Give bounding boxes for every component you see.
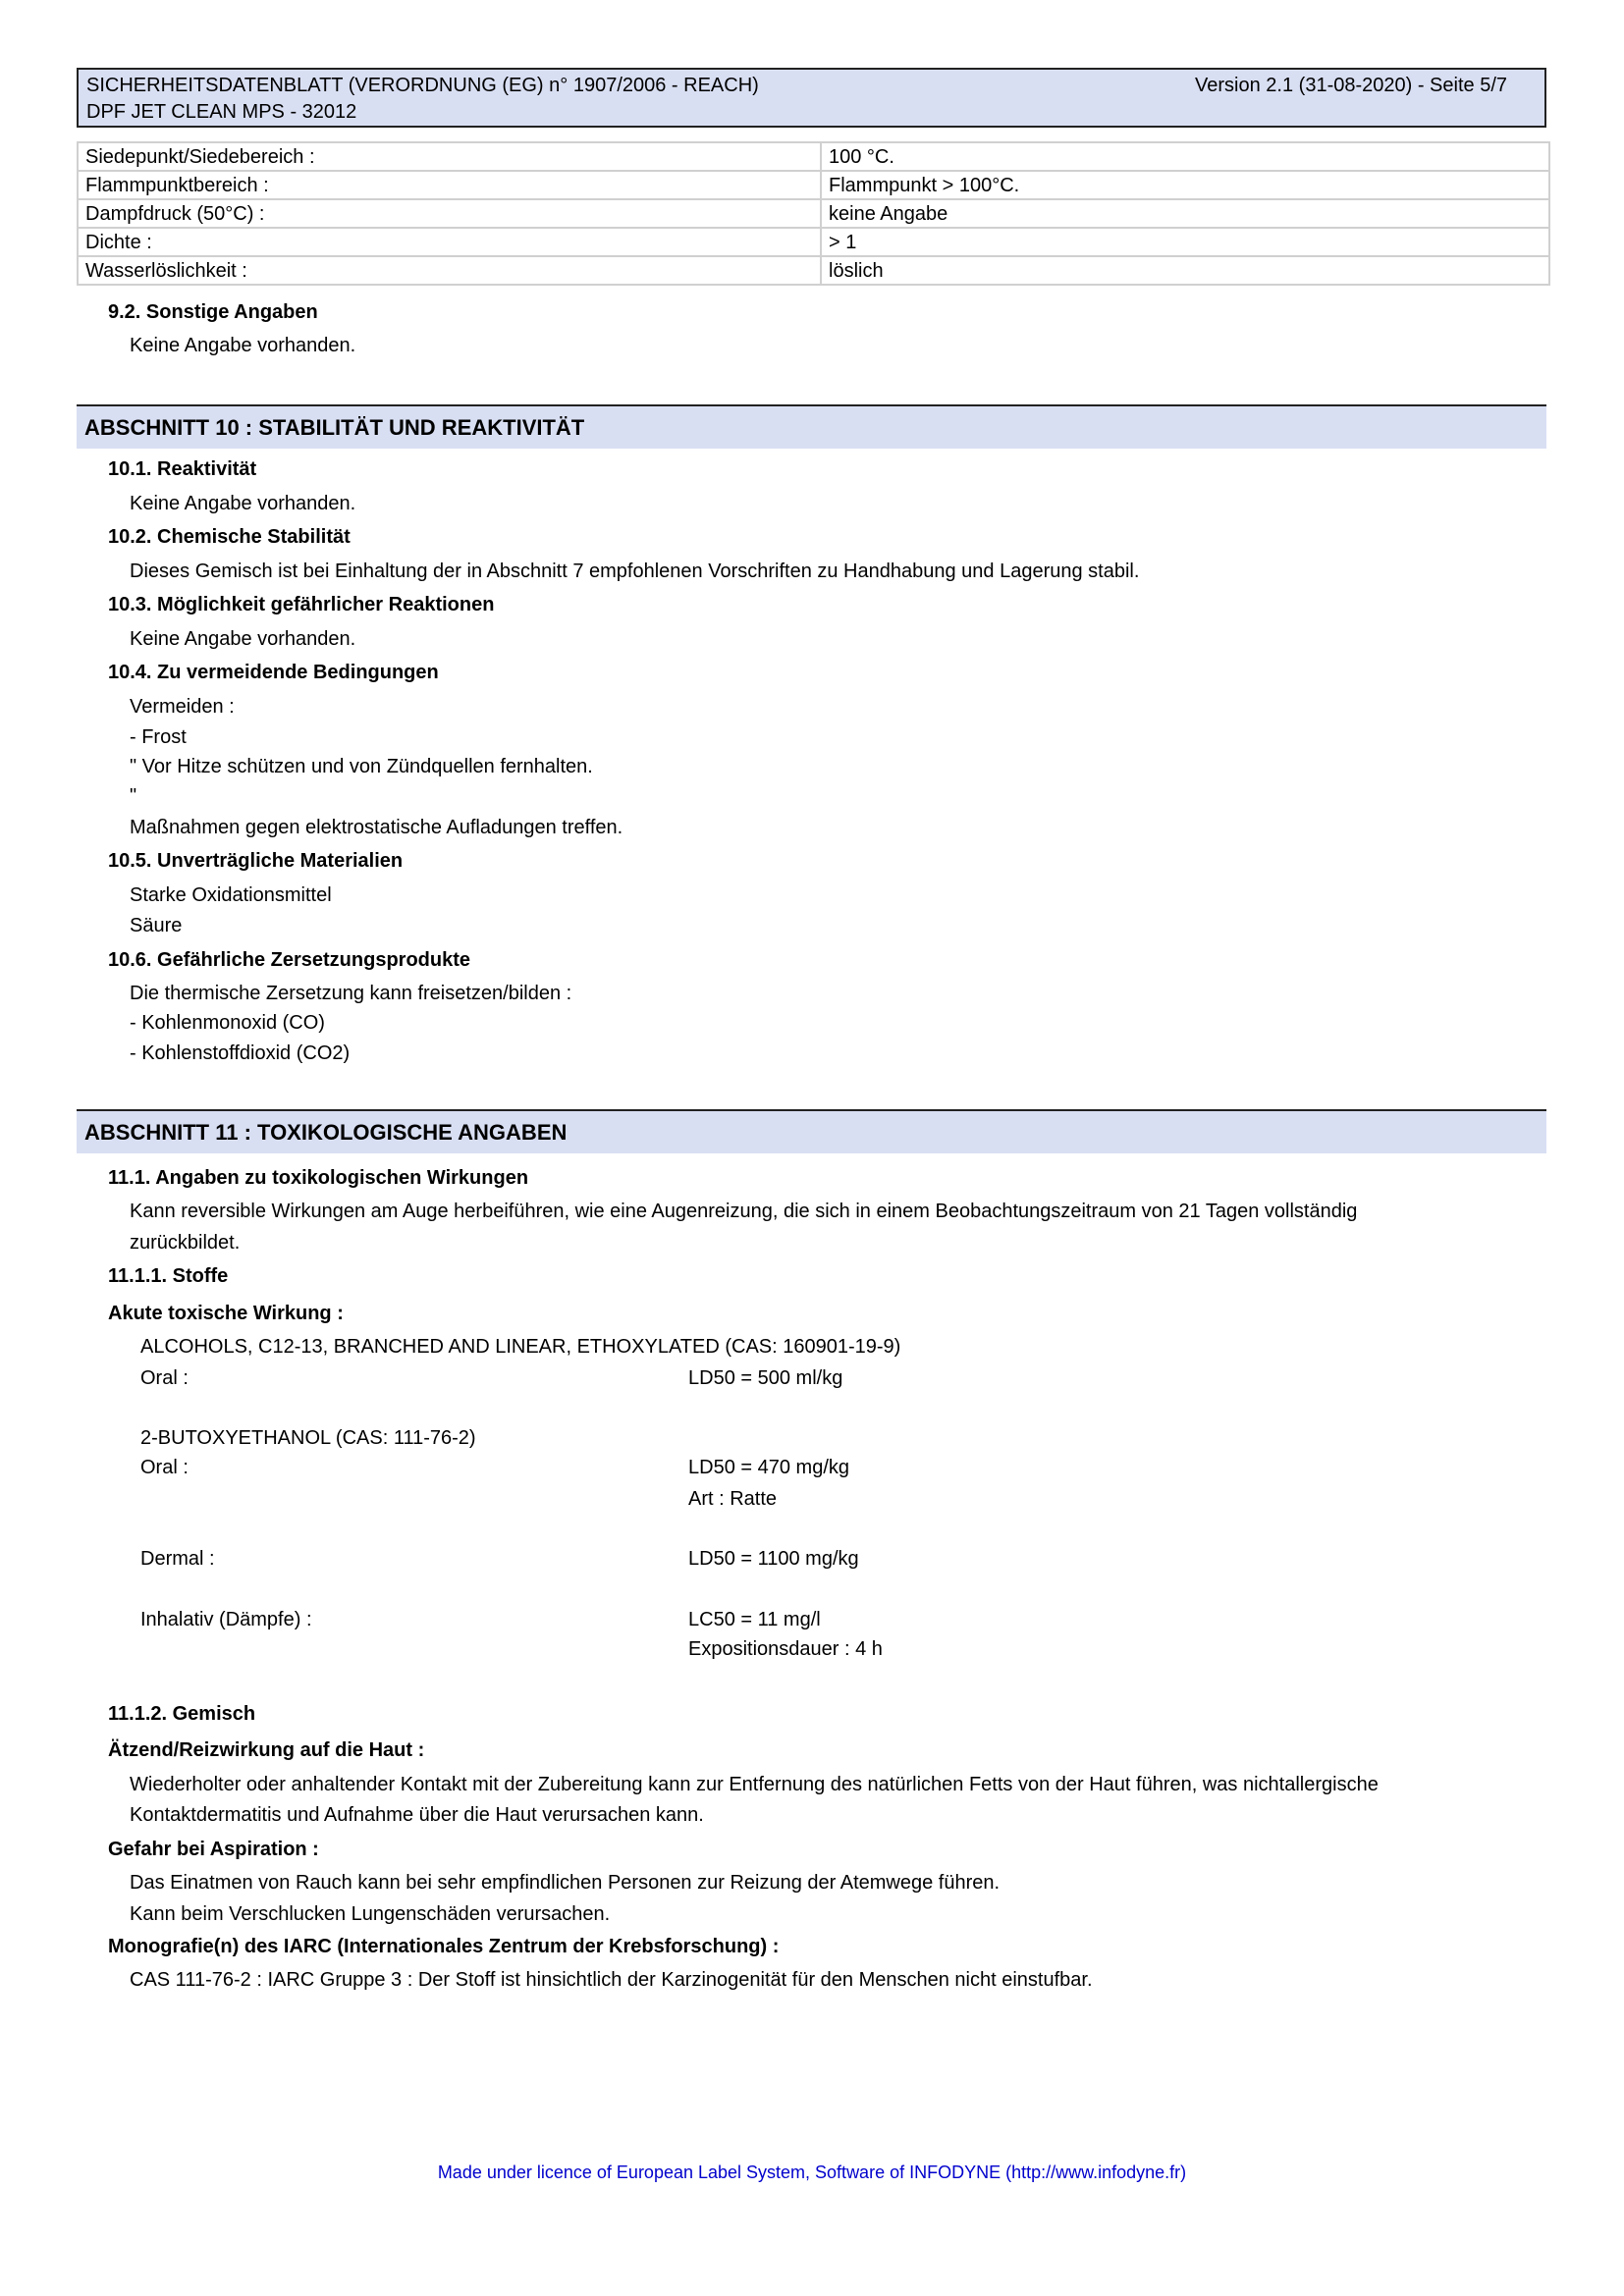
body-text: Wiederholter oder anhaltender Kontakt mi… (130, 1773, 1379, 1796)
table-row: Wasserlöslichkeit :löslich (78, 256, 1549, 285)
substance-name: 2-BUTOXYETHANOL (CAS: 111-76-2) (140, 1426, 476, 1450)
exposure-route: Dermal : (140, 1547, 215, 1571)
property-key: Dampfdruck (50°C) : (78, 199, 821, 228)
table-row: Siedepunkt/Siedebereich :100 °C. (78, 142, 1549, 171)
body-text: Das Einatmen von Rauch kann bei sehr emp… (130, 1871, 1000, 1895)
property-value: 100 °C. (821, 142, 1549, 171)
body-text: " Vor Hitze schützen und von Zündquellen… (130, 755, 593, 778)
subsection-heading-11-1-2: 11.1.2. Gemisch (108, 1702, 255, 1726)
document-header: SICHERHEITSDATENBLATT (VERORDNUNG (EG) n… (77, 68, 1546, 128)
body-text: CAS 111-76-2 : IARC Gruppe 3 : Der Stoff… (130, 1968, 1093, 1992)
body-text: Maßnahmen gegen elektrostatische Aufladu… (130, 816, 623, 839)
body-text: Kann beim Verschlucken Lungenschäden ver… (130, 1902, 610, 1926)
substance-name: ALCOHOLS, C12-13, BRANCHED AND LINEAR, E… (140, 1335, 900, 1359)
body-text: Starke Oxidationsmittel (130, 883, 332, 907)
body-text: Keine Angabe vorhanden. (130, 627, 355, 651)
toxicity-value: Expositionsdauer : 4 h (688, 1637, 883, 1661)
subsection-heading-10-6: 10.6. Gefährliche Zersetzungsprodukte (108, 948, 470, 972)
body-text: zurückbildet. (130, 1231, 240, 1255)
iarc-heading: Monografie(n) des IARC (Internationales … (108, 1935, 779, 1958)
section-10-header: ABSCHNITT 10 : STABILITÄT UND REAKTIVITÄ… (77, 404, 1546, 449)
subsection-heading-9-2: 9.2. Sonstige Angaben (108, 300, 318, 324)
subsection-heading-11-1: 11.1. Angaben zu toxikologischen Wirkung… (108, 1166, 528, 1190)
body-text: - Kohlenstoffdioxid (CO2) (130, 1041, 350, 1065)
subsection-heading-10-4: 10.4. Zu vermeidende Bedingungen (108, 661, 439, 684)
physical-properties-table: Siedepunkt/Siedebereich :100 °C. Flammpu… (77, 141, 1550, 286)
property-value: keine Angabe (821, 199, 1549, 228)
subsection-heading-10-2: 10.2. Chemische Stabilität (108, 525, 351, 549)
property-key: Dichte : (78, 228, 821, 256)
exposure-route: Oral : (140, 1366, 189, 1390)
body-text: " (130, 784, 136, 808)
subsection-heading-10-3: 10.3. Möglichkeit gefährlicher Reaktione… (108, 593, 494, 616)
body-text: Kontaktdermatitis und Aufnahme über die … (130, 1803, 704, 1827)
toxicity-value: LC50 = 11 mg/l (688, 1608, 821, 1631)
property-value: Flammpunkt > 100°C. (821, 171, 1549, 199)
body-text: - Frost (130, 725, 187, 749)
document-title: SICHERHEITSDATENBLATT (VERORDNUNG (EG) n… (86, 72, 759, 99)
body-text: Keine Angabe vorhanden. (130, 334, 355, 357)
product-name: DPF JET CLEAN MPS - 32012 (86, 98, 356, 126)
acute-toxicity-heading: Akute toxische Wirkung : (108, 1302, 344, 1325)
property-key: Siedepunkt/Siedebereich : (78, 142, 821, 171)
property-key: Wasserlöslichkeit : (78, 256, 821, 285)
body-text: Keine Angabe vorhanden. (130, 492, 355, 515)
table-row: Dichte :> 1 (78, 228, 1549, 256)
table-row: Flammpunktbereich :Flammpunkt > 100°C. (78, 171, 1549, 199)
toxicity-value: LD50 = 1100 mg/kg (688, 1547, 859, 1571)
exposure-route: Inhalativ (Dämpfe) : (140, 1608, 312, 1631)
aspiration-hazard-heading: Gefahr bei Aspiration : (108, 1838, 319, 1861)
section-10-title: ABSCHNITT 10 : STABILITÄT UND REAKTIVITÄ… (84, 415, 584, 441)
body-text: Kann reversible Wirkungen am Auge herbei… (130, 1200, 1357, 1223)
property-value: löslich (821, 256, 1549, 285)
body-text: Vermeiden : (130, 695, 235, 719)
subsection-heading-10-1: 10.1. Reaktivität (108, 457, 256, 481)
exposure-route: Oral : (140, 1456, 189, 1479)
property-key: Flammpunktbereich : (78, 171, 821, 199)
body-text: Dieses Gemisch ist bei Einhaltung der in… (130, 560, 1139, 583)
table-row: Dampfdruck (50°C) :keine Angabe (78, 199, 1549, 228)
toxicity-value: Art : Ratte (688, 1487, 777, 1511)
version-page-info: Version 2.1 (31-08-2020) - Seite 5/7 (1195, 72, 1507, 99)
subsection-heading-10-5: 10.5. Unverträgliche Materialien (108, 849, 403, 873)
section-11-header: ABSCHNITT 11 : TOXIKOLOGISCHE ANGABEN (77, 1109, 1546, 1153)
body-text: Die thermische Zersetzung kann freisetze… (130, 982, 571, 1005)
toxicity-value: LD50 = 470 mg/kg (688, 1456, 849, 1479)
body-text: - Kohlenmonoxid (CO) (130, 1011, 325, 1035)
section-11-title: ABSCHNITT 11 : TOXIKOLOGISCHE ANGABEN (84, 1120, 567, 1146)
toxicity-value: LD50 = 500 ml/kg (688, 1366, 842, 1390)
property-value: > 1 (821, 228, 1549, 256)
skin-corrosion-heading: Ätzend/Reizwirkung auf die Haut : (108, 1738, 424, 1762)
subsection-heading-11-1-1: 11.1.1. Stoffe (108, 1264, 228, 1288)
body-text: Säure (130, 914, 182, 937)
footer-licence-link[interactable]: Made under licence of European Label Sys… (0, 2161, 1624, 2184)
